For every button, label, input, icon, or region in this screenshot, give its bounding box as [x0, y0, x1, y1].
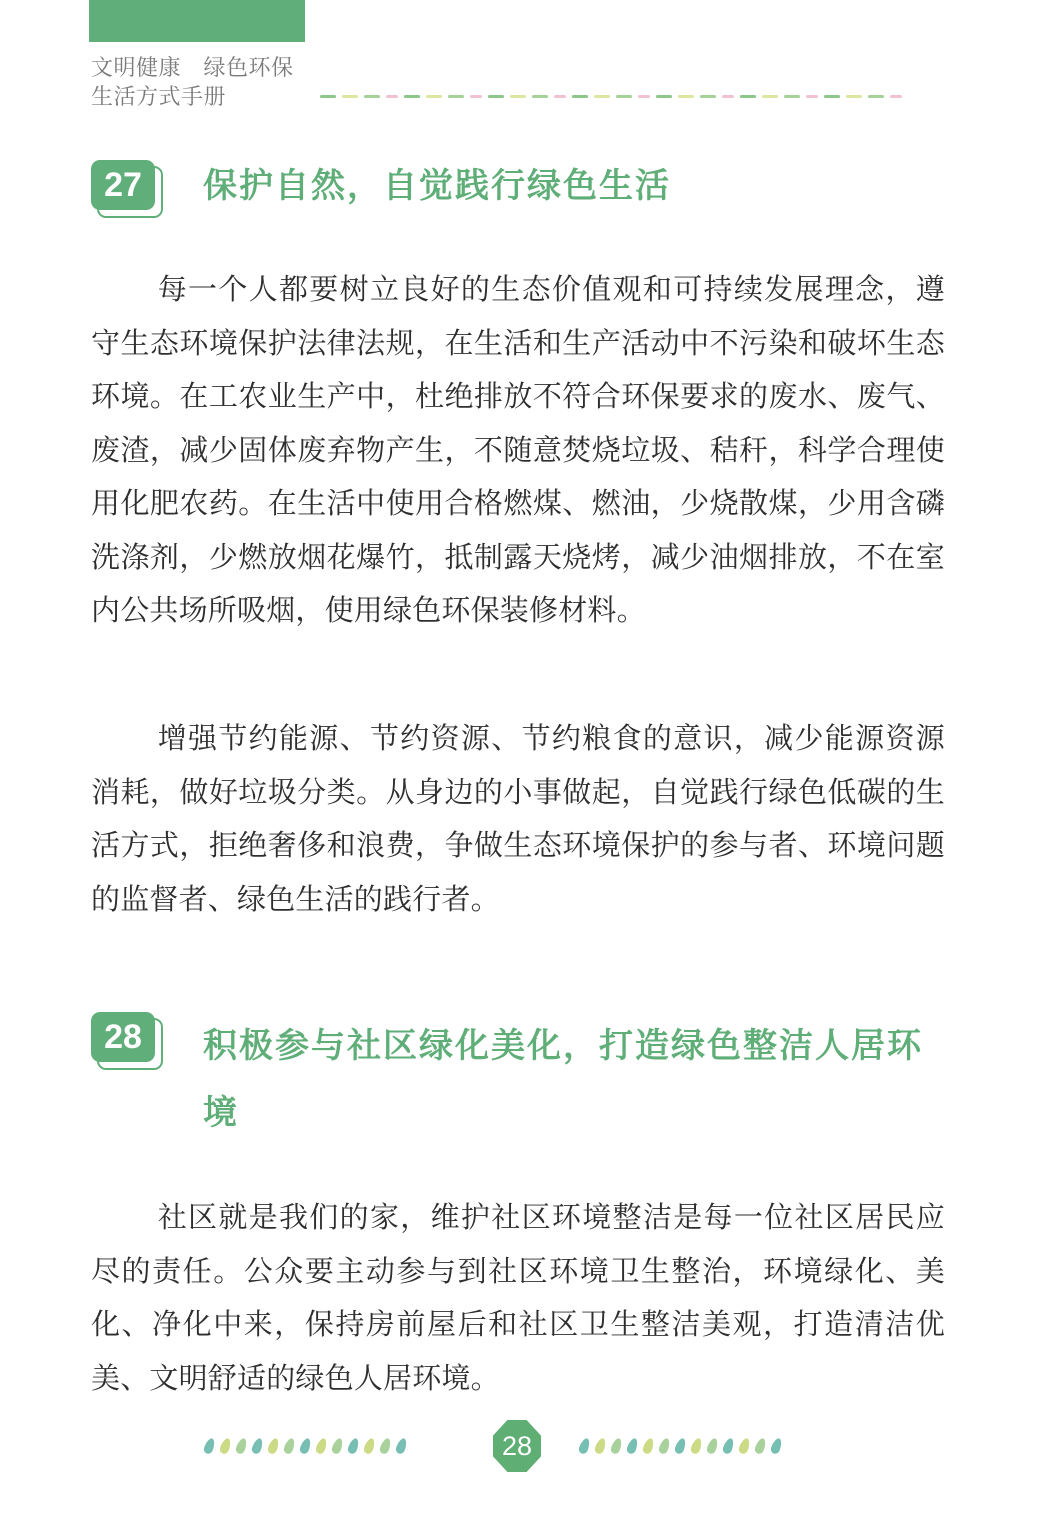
- leaf-icon: [578, 1437, 592, 1455]
- book-title: 文明健康 绿色环保 生活方式手册: [91, 54, 294, 112]
- dash-segment: [320, 95, 336, 98]
- leaf-icon: [347, 1437, 361, 1455]
- page-number: 28: [493, 1420, 541, 1472]
- leaf-icon: [267, 1437, 281, 1455]
- leaf-icon: [770, 1437, 784, 1455]
- dash-segment: [890, 95, 902, 98]
- dash-segment: [488, 95, 504, 98]
- dash-segment: [594, 95, 610, 98]
- leaf-icon: [331, 1437, 345, 1455]
- dash-segment: [448, 95, 464, 98]
- section-number-badge: 28: [91, 1012, 161, 1068]
- leaf-icon: [738, 1437, 752, 1455]
- dash-segment: [638, 95, 650, 98]
- section-number-badge: 27: [91, 160, 161, 216]
- dash-segment: [656, 95, 672, 98]
- leaf-icon: [658, 1437, 672, 1455]
- page-footer: 28: [0, 1420, 1058, 1476]
- leaf-icon: [626, 1437, 640, 1455]
- dash-segment: [386, 95, 398, 98]
- leaf-icon: [299, 1437, 313, 1455]
- dash-segment: [616, 95, 632, 98]
- dash-segment: [846, 95, 862, 98]
- leaf-icon: [203, 1437, 217, 1455]
- header-color-bar: [89, 0, 305, 42]
- leaf-decoration-right: [580, 1438, 781, 1454]
- leaf-icon: [251, 1437, 265, 1455]
- leaf-icon: [674, 1437, 688, 1455]
- leaf-icon: [594, 1437, 608, 1455]
- leaf-icon: [690, 1437, 704, 1455]
- dash-segment: [510, 95, 526, 98]
- section-title: 积极参与社区绿化美化，打造绿色整洁人居环境: [203, 1013, 933, 1147]
- leaf-icon: [754, 1437, 768, 1455]
- dash-segment: [722, 95, 734, 98]
- paragraph: 增强节约能源、节约资源、节约粮食的意识，减少能源资源消耗，做好垃圾分类。从身边的…: [91, 712, 945, 926]
- leaf-icon: [722, 1437, 736, 1455]
- dash-segment: [740, 95, 756, 98]
- section-number: 27: [91, 160, 155, 210]
- leaf-icon: [642, 1437, 656, 1455]
- paragraph: 每一个人都要树立良好的生态价值观和可持续发展理念，遵守生态环境保护法律法规，在生…: [91, 263, 945, 638]
- section-number: 28: [91, 1012, 155, 1062]
- section-28-header: 28 积极参与社区绿化美化，打造绿色整洁人居环境: [91, 1012, 161, 1068]
- decorative-dashed-divider: [320, 93, 944, 99]
- leaf-decoration-left: [205, 1438, 406, 1454]
- leaf-icon: [363, 1437, 377, 1455]
- leaf-icon: [219, 1437, 233, 1455]
- leaf-icon: [235, 1437, 249, 1455]
- dash-segment: [404, 95, 420, 98]
- dash-segment: [342, 95, 358, 98]
- section-27-header: 27 保护自然，自觉践行绿色生活: [91, 160, 161, 216]
- dash-segment: [784, 95, 800, 98]
- dash-segment: [868, 95, 884, 98]
- leaf-icon: [379, 1437, 393, 1455]
- leaf-icon: [395, 1437, 409, 1455]
- paragraph: 社区就是我们的家，维护社区环境整洁是每一位社区居民应尽的责任。公众要主动参与到社…: [91, 1191, 945, 1405]
- dash-segment: [678, 95, 694, 98]
- dash-segment: [762, 95, 778, 98]
- dash-segment: [572, 95, 588, 98]
- dash-segment: [824, 95, 840, 98]
- dash-segment: [554, 95, 566, 98]
- leaf-icon: [610, 1437, 624, 1455]
- dash-segment: [426, 95, 442, 98]
- dash-segment: [470, 95, 482, 98]
- leaf-icon: [283, 1437, 297, 1455]
- leaf-icon: [315, 1437, 329, 1455]
- dash-segment: [364, 95, 380, 98]
- section-title: 保护自然，自觉践行绿色生活: [203, 153, 923, 220]
- dash-segment: [700, 95, 716, 98]
- dash-segment: [806, 95, 818, 98]
- dash-segment: [532, 95, 548, 98]
- leaf-icon: [706, 1437, 720, 1455]
